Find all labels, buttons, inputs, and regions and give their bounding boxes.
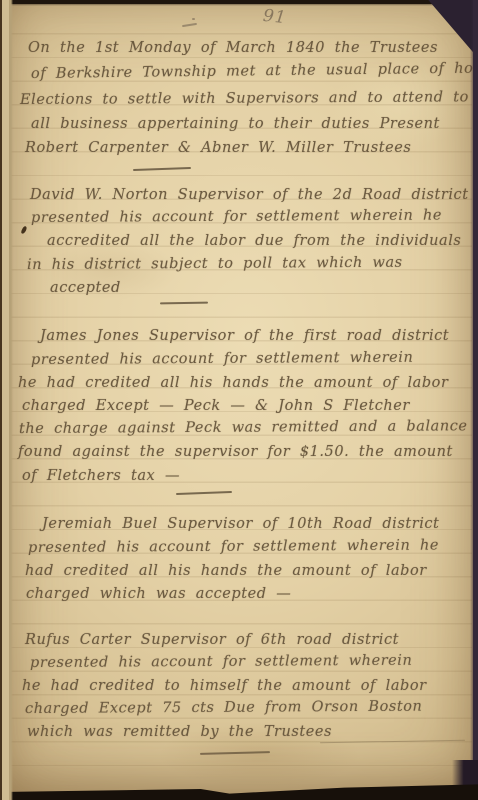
book-edge-top (0, 0, 478, 6)
handwriting-line: the charge against Peck was remitted and… (19, 418, 468, 437)
handwriting-line: presented his account for settlement whe… (31, 350, 413, 368)
handwriting-line: presented his account for settlement whe… (30, 653, 412, 671)
handwriting-line: had credited all his hands the amount of… (25, 563, 427, 579)
handwriting-line: Rufus Carter Supervisor of 6th road dist… (25, 632, 399, 648)
handwriting-line: charged Except 75 cts Due from Orson Bos… (25, 699, 422, 717)
handwriting-line: James Jones Supervisor of the first road… (40, 328, 449, 344)
handwriting-line: presented his account for settlement whe… (31, 207, 442, 226)
ink-blot (20, 226, 27, 235)
handwriting-line: he had credited all his hands the amount… (18, 375, 448, 391)
handwriting-line: accepted (50, 280, 121, 296)
handwriting-line: in his district subject to poll tax whic… (27, 255, 403, 273)
handwriting-line: all business appertaining to their dutie… (31, 116, 440, 132)
book-edge-right (470, 0, 478, 800)
pen-flourish (320, 740, 465, 744)
book-edge-bottom (0, 780, 478, 800)
handwritten-divider (200, 751, 270, 755)
handwritten-divider (133, 167, 191, 171)
handwriting-line: he had credited to himself the amount of… (22, 678, 427, 694)
handwriting-line: On the 1st Monday of March 1840 the Trus… (28, 40, 438, 56)
handwriting-line: of Berkshire Township met at the usual p… (31, 60, 478, 82)
handwriting-line: of Fletchers tax — (22, 468, 180, 484)
handwriting-line: found against the supervisor for $1.50. … (18, 444, 453, 460)
handwriting-line: Robert Carpenter & Abner W. Miller Trust… (25, 140, 411, 156)
handwriting-line: charged Except — Peck — & John S Fletche… (22, 398, 410, 414)
book-binding-edge-left (0, 0, 14, 800)
pencil-mark-dot (192, 18, 195, 20)
handwriting-line: Jeremiah Buel Supervisor of 10th Road di… (42, 516, 439, 532)
ledger-page: 91 On the 1st Monday of March 1840 the T… (0, 0, 478, 800)
handwriting-line: presented his account for settlement whe… (28, 537, 439, 556)
pencil-mark (182, 23, 197, 27)
handwriting-line: which was remitted by the Trustees (27, 724, 332, 740)
handwriting-line: accredited all the labor due from the in… (47, 233, 461, 249)
page-number: 91 (262, 6, 288, 28)
handwritten-divider (176, 491, 232, 495)
handwriting-line: charged which was accepted — (26, 586, 291, 602)
handwritten-divider (160, 302, 208, 305)
handwriting-line: David W. Norton Supervisor of the 2d Roa… (30, 187, 469, 203)
handwriting-line: Elections to settle with Supervisors and… (20, 89, 469, 108)
